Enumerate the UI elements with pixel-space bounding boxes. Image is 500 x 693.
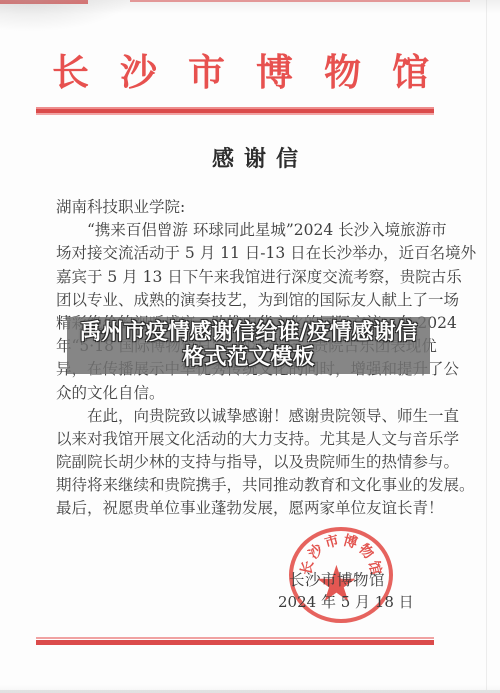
scan-artifact-paper-crease <box>486 0 487 693</box>
watermark-overlay: 禹州市疫情感谢信给谁/疫情感谢信 格式范文模板 <box>67 317 430 374</box>
signature-date: 2024 年 5 月 18 日 <box>278 591 414 612</box>
watermark-text-line2: 格式范文模板 <box>67 345 430 370</box>
letter-line-3: 嘉宾于 5 月 13 日下午来我馆进行深度交流考察，贵院古乐 <box>56 266 448 289</box>
letterhead-org-name: 长沙市博物馆 <box>52 52 460 92</box>
scan-artifact-top-edge-left <box>0 0 88 4</box>
letter-title: 感谢信 <box>212 142 308 173</box>
letter-line-0: 湖南科技职业学院: <box>56 196 448 219</box>
footer-rule <box>36 637 434 645</box>
letter-line-8: 众的文化自信。 <box>56 382 448 405</box>
watermark-text-line1: 禹州市疫情感谢信给谁/疫情感谢信 <box>67 320 430 345</box>
letter-line-10: 以来对我馆开展文化活动的大力支持。尤其是人文与音乐学 <box>56 428 448 451</box>
signature-org: 长沙市博物馆 <box>289 568 385 590</box>
letter-line-11: 院副院长胡少林的支持与指导，以及贵院师生的热情参与。 <box>56 451 448 474</box>
letter-line-1: “携来百侣曾游 环球同此星城”2024 长沙入境旅游市 <box>56 219 448 242</box>
scanned-letter-page: 长沙市博物馆 感谢信 湖南科技职业学院: “携来百侣曾游 环球同此星城”2024… <box>0 0 500 693</box>
letter-line-13: 最后，祝愿贵单位事业蓬勃发展，愿两家单位友谊长青！ <box>56 497 448 520</box>
letter-line-9: 在此，向贵院致以诚挚感谢！感谢贵院领导、师生一直 <box>56 405 448 428</box>
letter-line-12: 期待将来继续和贵院携手，共同推动教育和文化事业的发展。 <box>56 474 448 497</box>
letter-line-2: 场对接交流活动于 5 月 11 日-13 日在长沙举办，近百名境外 <box>56 242 448 265</box>
scan-artifact-top-edge-right <box>130 0 470 2</box>
letter-line-4: 团以专业、成熟的演奏技艺，为到馆的国际友人献上了一场 <box>56 289 448 312</box>
letterhead-rule <box>36 107 434 115</box>
